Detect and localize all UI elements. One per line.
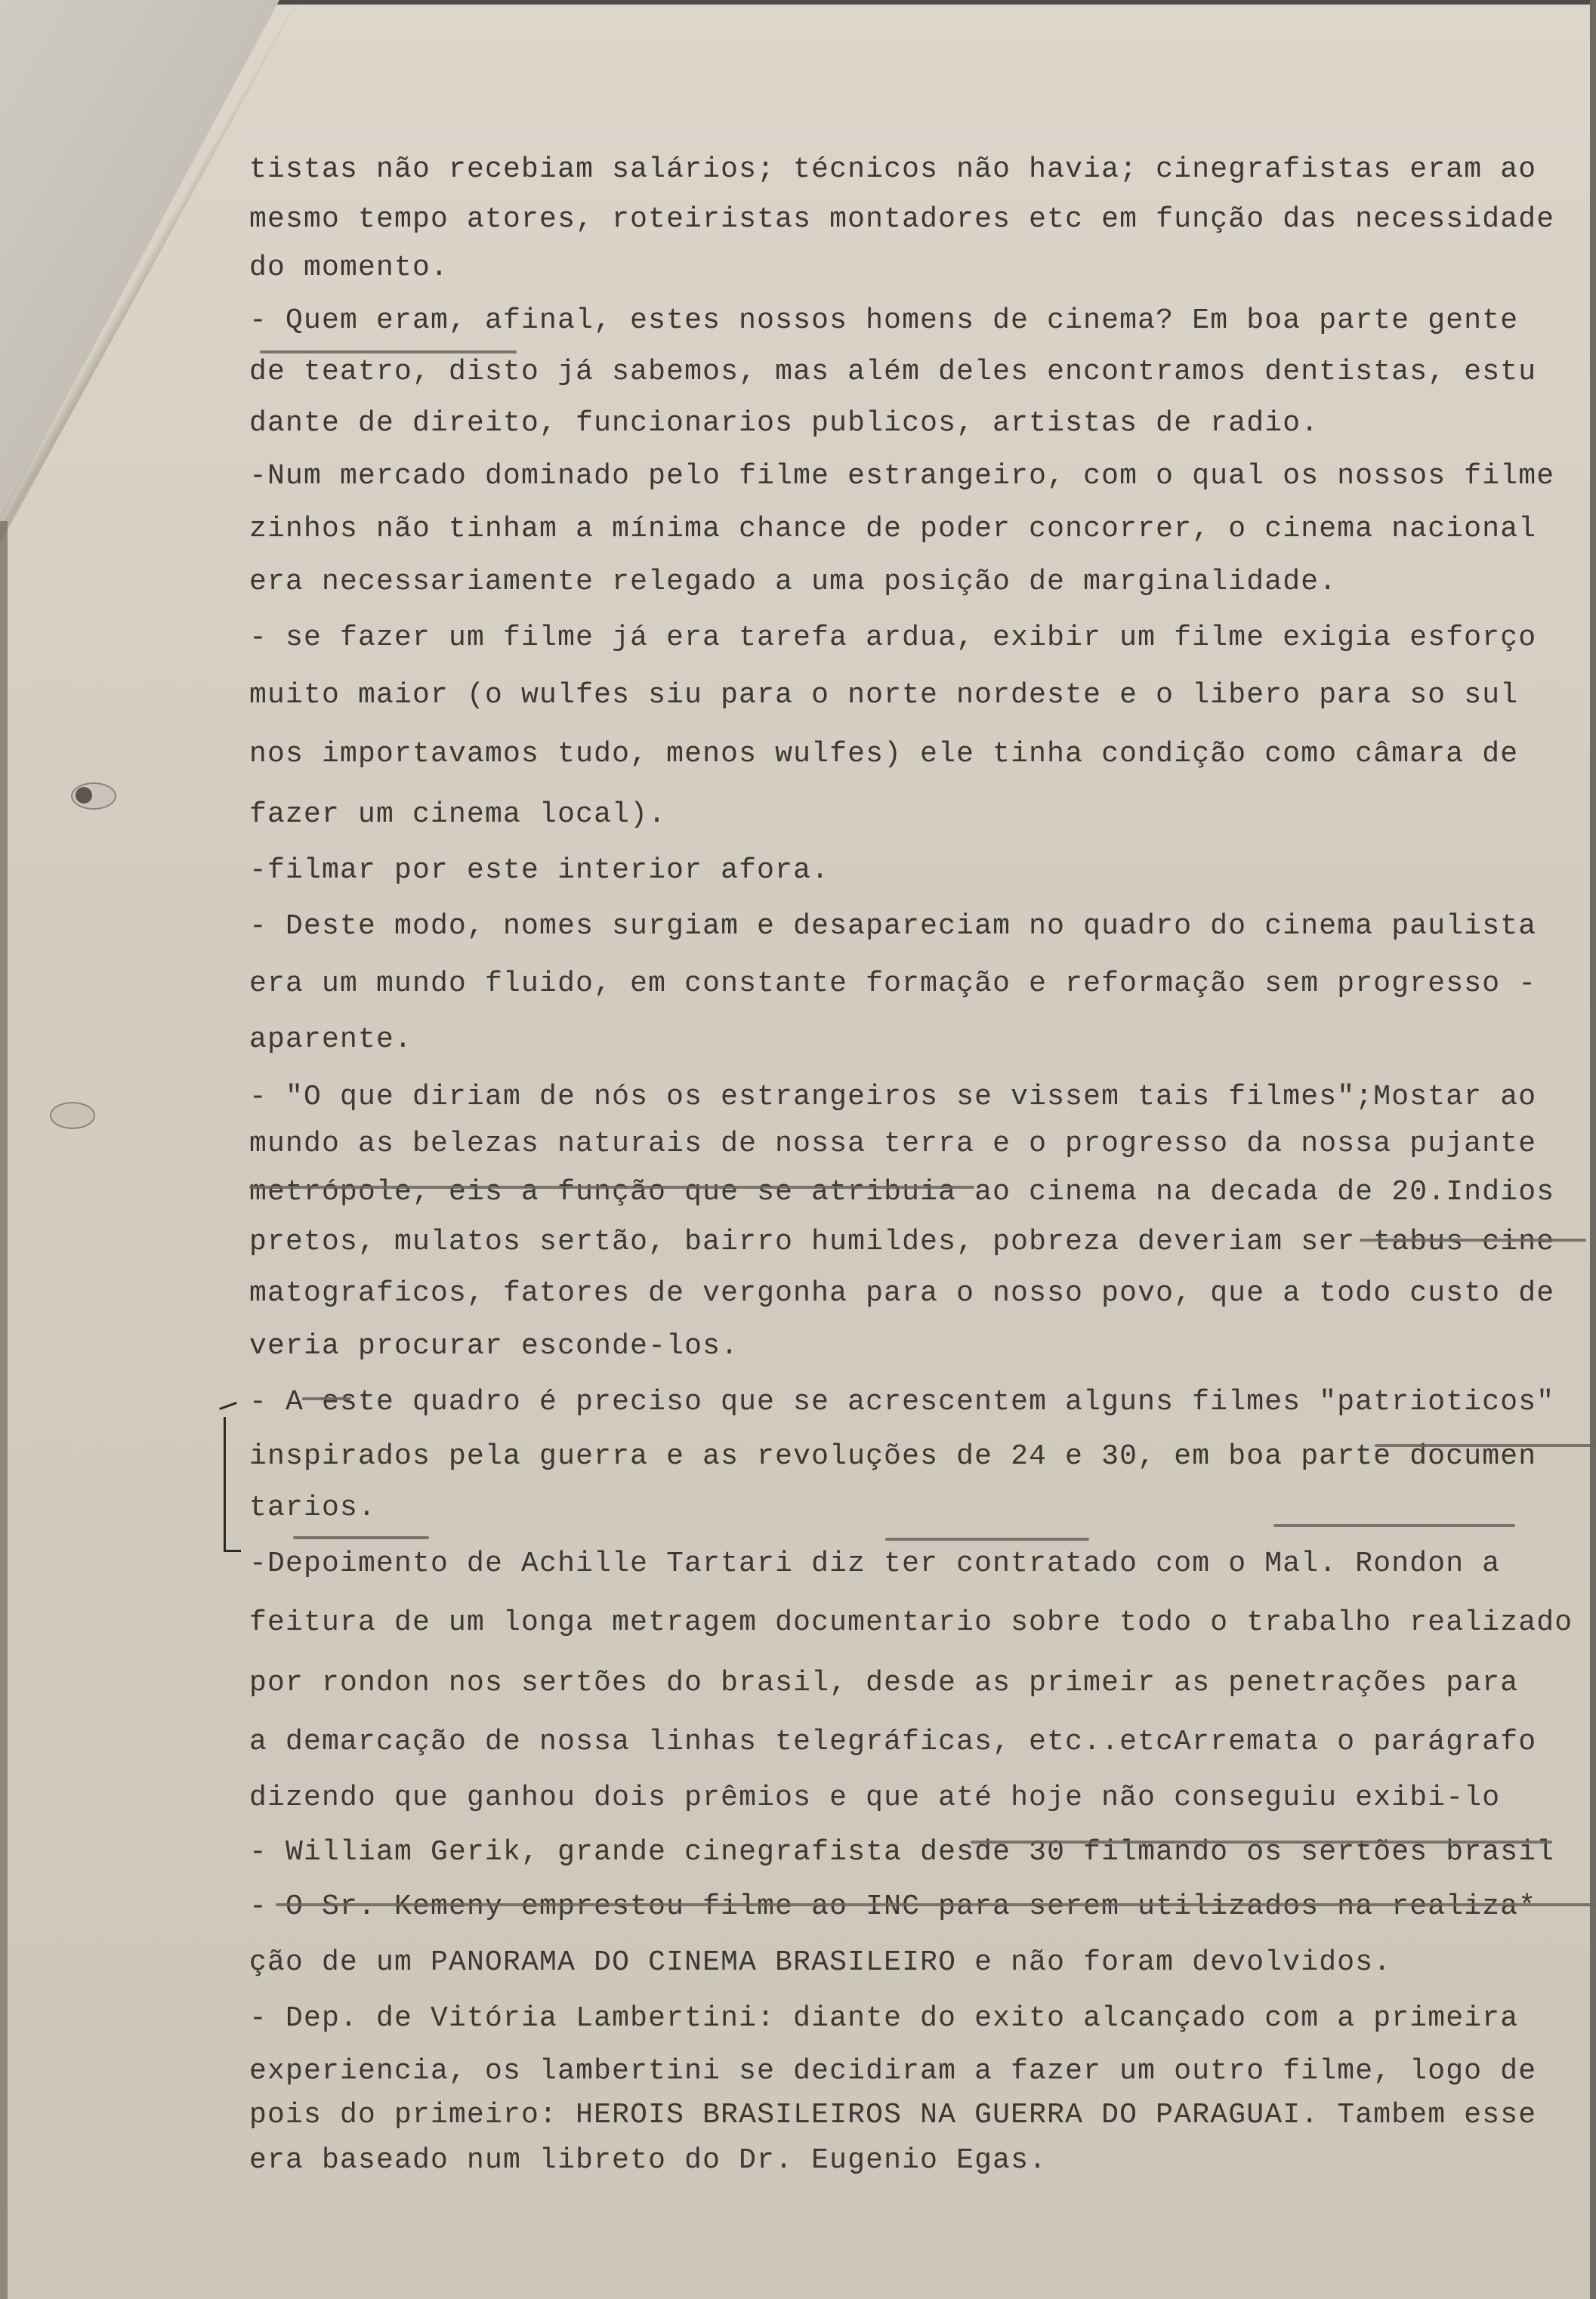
text-line: nos importavamos tudo, menos wulfes) ele… (249, 740, 1518, 769)
text-line: era um mundo fluido, em constante formaç… (249, 970, 1536, 998)
text-line: dante de direito, funcionarios publicos,… (249, 409, 1319, 438)
text-line: -Depoimento de Achille Tartari diz ter c… (249, 1550, 1500, 1578)
text-line: mesmo tempo atores, roteiristas montador… (249, 205, 1554, 234)
text-line: - se fazer um filme já era tarefa ardua,… (249, 624, 1536, 653)
text-line: tarios. (249, 1494, 376, 1523)
text-line: era necessariamente relegado a uma posiç… (249, 568, 1337, 597)
text-line: experiencia, os lambertini se decidiram … (249, 2057, 1536, 2086)
text-line: - Dep. de Vitória Lambertini: diante do … (249, 2004, 1518, 2033)
text-line: dizendo que ganhou dois prêmios e que at… (249, 1784, 1500, 1813)
page-left-edge (0, 521, 8, 2299)
text-line: a demarcação de nossa linhas telegráfica… (249, 1728, 1536, 1757)
text-line: zinhos não tinham a mínima chance de pod… (249, 515, 1536, 544)
text-line: inspirados pela guerra e as revoluções d… (249, 1443, 1536, 1471)
pencil-underline (276, 1903, 1594, 1906)
text-line: metrópole, eis a função que se atribuia … (249, 1178, 1554, 1207)
punch-hole-icon (50, 1102, 95, 1129)
pencil-underline (885, 1538, 1089, 1541)
pencil-underline (293, 1536, 429, 1539)
text-line: - A este quadro é preciso que se acresce… (249, 1388, 1554, 1417)
text-line: - "O que diriam de nós os estrangeiros s… (249, 1083, 1536, 1112)
text-line: - Deste modo, nomes surgiam e desapareci… (249, 912, 1536, 941)
punch-hole-icon (71, 782, 116, 810)
text-line: - Quem eram, afinal, estes nossos homens… (249, 307, 1518, 335)
pencil-underline (249, 1186, 974, 1189)
page-top-edge (257, 0, 1596, 5)
text-line: mundo as belezas naturais de nossa terra… (249, 1130, 1536, 1159)
text-line: tistas não recebiam salários; técnicos n… (249, 156, 1536, 184)
text-line: -filmar por este interior afora. (249, 856, 829, 885)
text-line: pretos, mulatos sertão, bairro humildes,… (249, 1228, 1554, 1257)
text-line: aparente. (249, 1026, 412, 1054)
pencil-underline (971, 1841, 1552, 1844)
text-line: veria procurar esconde-los. (249, 1332, 739, 1361)
page-right-edge (1590, 0, 1596, 2299)
pencil-underline (1273, 1524, 1515, 1527)
text-line: fazer um cinema local). (249, 801, 666, 829)
pencil-underline (302, 1397, 351, 1400)
text-line: do momento. (249, 254, 449, 282)
pencil-underline (1375, 1444, 1594, 1447)
text-line: - O Sr. Kemeny emprestou filme ao INC pa… (249, 1893, 1536, 1921)
margin-bracket (224, 1417, 241, 1552)
pencil-underline (1360, 1239, 1586, 1242)
text-line: muito maior (o wulfes siu para o norte n… (249, 681, 1518, 710)
text-line: -Num mercado dominado pelo filme estrang… (249, 462, 1554, 491)
text-line: matograficos, fatores de vergonha para o… (249, 1279, 1554, 1308)
text-line: era baseado num libreto do Dr. Eugenio E… (249, 2146, 1047, 2175)
text-line: por rondon nos sertões do brasil, desde … (249, 1669, 1518, 1698)
text-line: de teatro, disto já sabemos, mas além de… (249, 358, 1536, 387)
pencil-underline (260, 350, 517, 353)
text-line: pois do primeiro: HEROIS BRASILEIROS NA … (249, 2101, 1536, 2130)
text-line: ção de um PANORAMA DO CINEMA BRASILEIRO … (249, 1949, 1391, 1977)
text-line: feitura de um longa metragem documentari… (249, 1609, 1573, 1637)
